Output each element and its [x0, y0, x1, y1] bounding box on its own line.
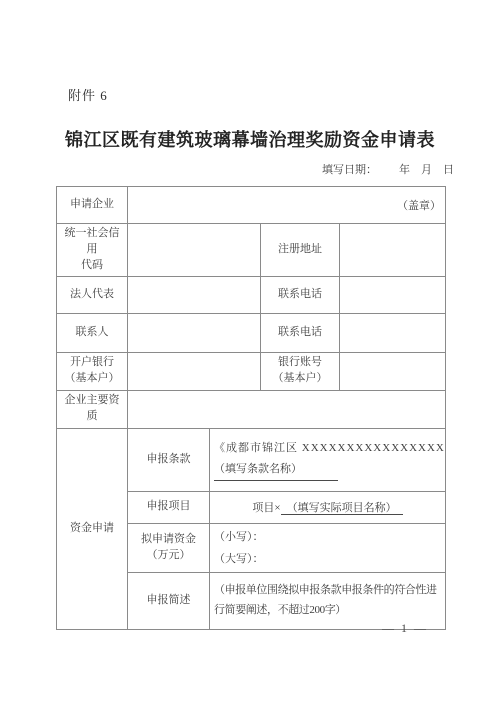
bank-account-label: 银行账号 （基本户）: [261, 352, 340, 390]
bank-value-cell: [128, 352, 261, 390]
amount-value-cell: （小写）： （大写）：: [210, 523, 446, 572]
fill-date-line: 填写日期： 年 月 日: [322, 161, 454, 177]
row-contact: 联系人 联系电话: [57, 313, 446, 352]
project-label: 申报项目: [128, 491, 210, 523]
contact-value-cell: [128, 313, 261, 352]
row-legal-rep: 法人代表 联系电话: [57, 276, 446, 313]
summary-label: 申报简述: [128, 572, 210, 629]
clause-name-blank: （填写条款名称）: [214, 459, 338, 481]
clause-document-name: 《成都市锦江区 XXXXXXXXXXXXXXXX》: [214, 438, 441, 459]
credit-code-label: 统一社会信用 代码: [57, 224, 128, 277]
attachment-label: 附件 6: [68, 85, 108, 104]
funding-section-label: 资金申请: [57, 428, 128, 629]
seal-hint: （盖章）: [397, 200, 441, 212]
amount-lowercase-line: （小写）：: [214, 526, 441, 548]
bank-account-value-cell: [340, 352, 446, 390]
registered-address-value-cell: [340, 224, 446, 277]
legal-phone-label: 联系电话: [261, 276, 340, 313]
contact-phone-label: 联系电话: [261, 313, 340, 352]
application-form-table: 申请企业 （盖章） 统一社会信用 代码 注册地址 法人代表 联系电话: [56, 186, 446, 630]
document-title: 锦江区既有建筑玻璃幕墙治理奖励资金申请表: [0, 126, 500, 152]
row-applicant: 申请企业 （盖章）: [57, 187, 446, 224]
row-qualification: 企业主要资质: [57, 390, 446, 428]
clause-value-cell: 《成都市锦江区 XXXXXXXXXXXXXXXX》 （填写条款名称）: [210, 428, 446, 491]
clause-label: 申报条款: [128, 428, 210, 491]
contact-label: 联系人: [57, 313, 128, 352]
qualification-label: 企业主要资质: [57, 390, 128, 428]
applicant-value-cell: （盖章）: [128, 187, 446, 224]
bank-label: 开户银行 （基本户）: [57, 352, 128, 390]
row-funding-clause: 资金申请 申报条款 《成都市锦江区 XXXXXXXXXXXXXXXX》 （填写条…: [57, 428, 446, 491]
applicant-label: 申请企业: [57, 187, 128, 224]
page-number: — 1 —: [382, 621, 428, 636]
legal-rep-label: 法人代表: [57, 276, 128, 313]
legal-phone-value-cell: [340, 276, 446, 313]
row-bank: 开户银行 （基本户） 银行账号 （基本户）: [57, 352, 446, 390]
qualification-value-cell: [128, 390, 446, 428]
amount-label: 拟申请资金 （万元）: [128, 523, 210, 572]
project-name-blank: （填写实际项目名称）: [281, 502, 403, 515]
row-credit-code: 统一社会信用 代码 注册地址: [57, 224, 446, 277]
registered-address-label: 注册地址: [261, 224, 340, 277]
contact-phone-value-cell: [340, 313, 446, 352]
project-value-cell: 项目×（填写实际项目名称）: [210, 491, 446, 523]
amount-uppercase-line: （大写）：: [214, 548, 441, 570]
legal-rep-value-cell: [128, 276, 261, 313]
project-prefix: 项目×: [252, 502, 280, 514]
credit-code-value-cell: [128, 224, 261, 277]
